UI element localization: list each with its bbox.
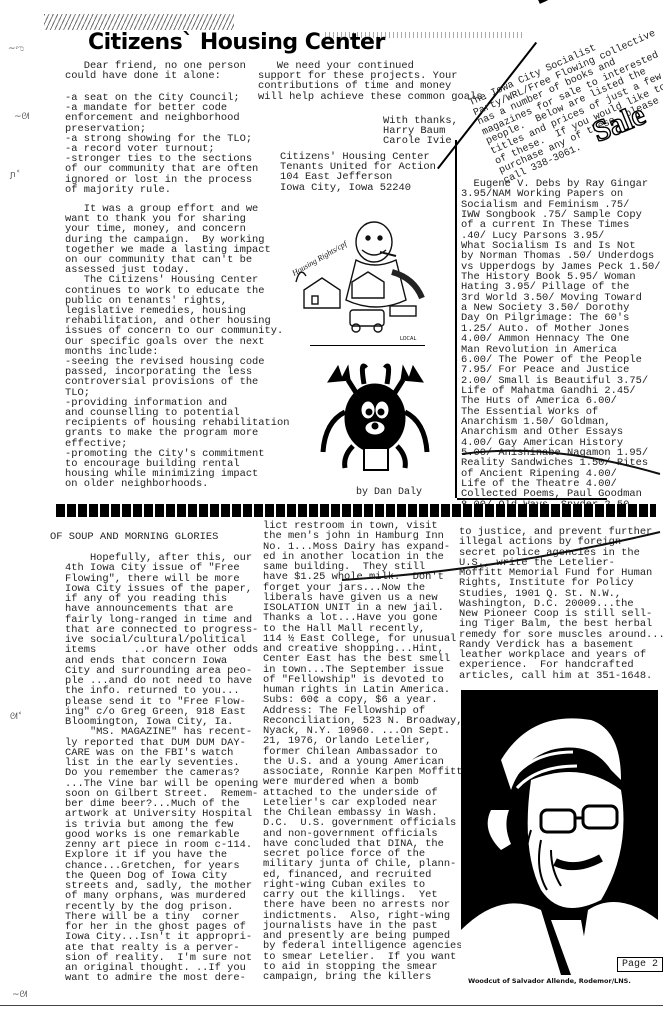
margin-mark-2: ~ᘛ bbox=[14, 112, 29, 122]
landlord-cartoon-illustration: Housing Rights/cpf LOCAL bbox=[292, 212, 430, 342]
book-sale-title: BOOK bbox=[530, 0, 605, 10]
bug-credit: by Dan Daly bbox=[356, 487, 422, 498]
margin-mark-1: ~ಌ bbox=[8, 44, 24, 54]
scribble-line-top bbox=[460, 440, 663, 480]
allende-woodcut-portrait bbox=[461, 690, 658, 975]
section-divider-bar bbox=[56, 504, 656, 517]
article-column-1: Hopefully, after this, our 4th Iowa City… bbox=[65, 553, 258, 984]
letter-goals-list: -seeing the revised housing code passed,… bbox=[65, 357, 289, 490]
landlord-cartoon-icon: Housing Rights/cpf LOCAL bbox=[292, 212, 430, 342]
margin-mark-5: ~ᘛ bbox=[12, 990, 27, 1000]
bug-creature-icon bbox=[318, 362, 433, 474]
masthead-halftone-decoration bbox=[44, 14, 234, 30]
bug-illustration bbox=[318, 362, 433, 474]
svg-text:LOCAL: LOCAL bbox=[400, 336, 416, 342]
article-column-2: lict restroom in town, visit the men's j… bbox=[263, 521, 463, 982]
cartoon-caption: Housing Rights/cpf bbox=[292, 238, 350, 278]
letter-support-paragraph: We need your continued support for these… bbox=[258, 61, 489, 102]
woodcut-caption: Woodcut of Salvador Allende, Rodemor/LNS… bbox=[468, 977, 631, 985]
scribble-line-bottom bbox=[340, 530, 663, 590]
portrait-woodcut-icon bbox=[461, 690, 658, 975]
page-number-badge: Page 2 bbox=[617, 957, 663, 972]
article-headline: OF SOUP AND MORNING GLORIES bbox=[50, 532, 218, 542]
letter-greeting: Dear friend, no one person could have do… bbox=[65, 61, 246, 81]
page-bottom-rule bbox=[0, 1005, 663, 1006]
margin-mark-4: ᘛ˂ bbox=[10, 712, 22, 722]
cartoon-divider bbox=[310, 345, 425, 346]
book-sale-left-border bbox=[455, 140, 457, 498]
letter-thanks-paragraph: It was a group effort and we want to tha… bbox=[65, 204, 283, 357]
letter-signoff: With thanks, Harry Baum Carole Ivie bbox=[383, 116, 458, 147]
margin-mark-3: ɲ˂ bbox=[10, 170, 20, 180]
masthead-title: Citizens` Housing Center bbox=[88, 30, 385, 55]
letter-achievements-list: -a seat on the City Council; -a mandate … bbox=[65, 93, 258, 195]
letter-address: Citizens' Housing Center Tenants United … bbox=[280, 152, 436, 193]
